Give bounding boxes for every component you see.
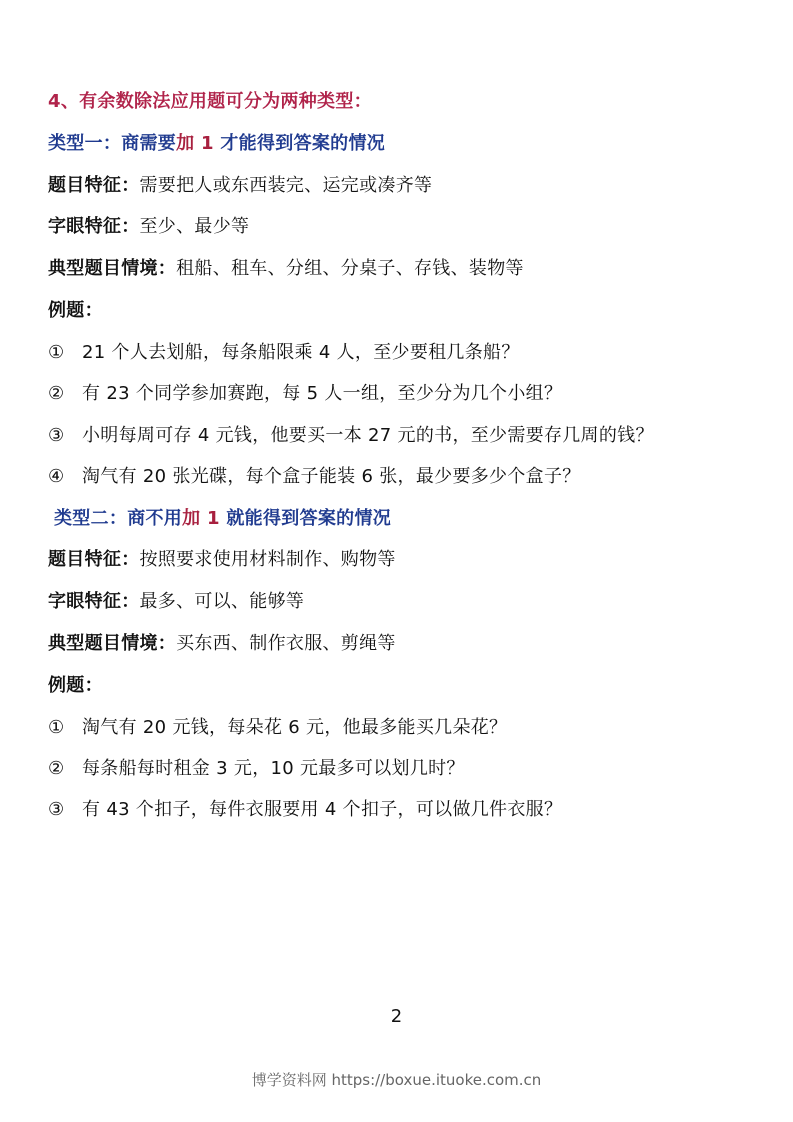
type-two-feature-scenario: 典型题目情境：买东西、制作衣服、剪绳等 [48,632,396,656]
feature-value: 最多、可以、能够等 [140,591,305,612]
example-number: ① [48,341,82,365]
example-item: ③小明每周可存 4 元钱，他要买一本 27 元的书，至少需要存几周的钱？ [48,424,654,448]
type-one-examples-label: 例题： [48,299,103,323]
feature-label: 题目特征： [48,175,140,196]
type-one-feature-question: 题目特征：需要把人或东西装完、运完或凑齐等 [48,174,432,198]
feature-value: 按照要求使用材料制作、购物等 [140,549,396,570]
type-one-feature-scenario: 典型题目情境：租船、租车、分组、分桌子、存钱、装物等 [48,257,524,281]
example-text: 21 个人去划船，每条船限乘 4 人，至少要租几条船？ [82,342,520,363]
feature-label: 字眼特征： [48,216,140,237]
type-one-title: 类型一：商需要加 1 才能得到答案的情况 [48,132,385,156]
feature-label: 典型题目情境： [48,258,176,279]
type-one-title-highlight: 加 1 [176,133,214,154]
example-item: ①淘气有 20 元钱，每朵花 6 元，他最多能买几朵花？ [48,716,507,740]
document-page: 4、有余数除法应用题可分为两种类型： 类型一：商需要加 1 才能得到答案的情况 … [0,0,793,1122]
type-two-feature-keyword: 字眼特征：最多、可以、能够等 [48,590,304,614]
example-number: ② [48,757,82,781]
example-item: ②有 23 个同学参加赛跑，每 5 人一组，至少分为几个小组？ [48,382,562,406]
type-one-title-suffix: 才能得到答案的情况 [214,133,385,154]
example-text: 淘气有 20 元钱，每朵花 6 元，他最多能买几朵花？ [82,717,507,738]
type-two-title-suffix: 就能得到答案的情况 [220,508,391,529]
type-one-feature-keyword: 字眼特征：至少、最少等 [48,215,249,239]
example-text: 小明每周可存 4 元钱，他要买一本 27 元的书，至少需要存几周的钱？ [82,425,654,446]
type-two-title-highlight: 加 1 [182,508,220,529]
example-item: ①21 个人去划船，每条船限乘 4 人，至少要租几条船？ [48,341,520,365]
example-item: ④淘气有 20 张光碟，每个盒子能装 6 张，最少要多少个盒子？ [48,465,581,489]
example-number: ③ [48,424,82,448]
example-text: 有 43 个扣子，每件衣服要用 4 个扣子，可以做几件衣服？ [82,799,562,820]
type-two-title: 类型二：商不用加 1 就能得到答案的情况 [54,507,391,531]
footer-watermark: 博学资料网 https://boxue.ituoke.com.cn [0,1069,793,1090]
example-item: ③有 43 个扣子，每件衣服要用 4 个扣子，可以做几件衣服？ [48,798,562,822]
example-number: ① [48,716,82,740]
example-number: ② [48,382,82,406]
section-title: 4、有余数除法应用题可分为两种类型： [48,90,372,114]
example-item: ②每条船每时租金 3 元，10 元最多可以划几时？ [48,757,465,781]
type-two-examples-label: 例题： [48,674,103,698]
feature-value: 租船、租车、分组、分桌子、存钱、装物等 [176,258,524,279]
feature-value: 至少、最少等 [140,216,250,237]
type-two-title-prefix: 类型二：商不用 [54,508,182,529]
example-number: ④ [48,465,82,489]
feature-label: 典型题目情境： [48,633,176,654]
page-number: 2 [0,1006,793,1027]
feature-label: 题目特征： [48,549,140,570]
type-two-feature-question: 题目特征：按照要求使用材料制作、购物等 [48,548,396,572]
feature-value: 买东西、制作衣服、剪绳等 [176,633,396,654]
type-one-title-prefix: 类型一：商需要 [48,133,176,154]
feature-value: 需要把人或东西装完、运完或凑齐等 [140,175,433,196]
example-text: 每条船每时租金 3 元，10 元最多可以划几时？ [82,758,465,779]
feature-label: 字眼特征： [48,591,140,612]
example-text: 有 23 个同学参加赛跑，每 5 人一组，至少分为几个小组？ [82,383,562,404]
example-number: ③ [48,798,82,822]
example-text: 淘气有 20 张光碟，每个盒子能装 6 张，最少要多少个盒子？ [82,466,581,487]
